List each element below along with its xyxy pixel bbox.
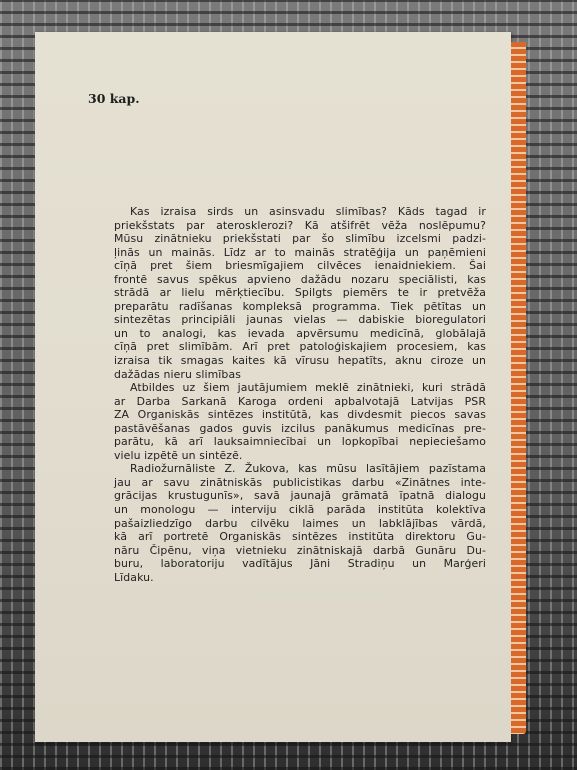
blurb-paragraph-2: Atbildes uz šiem jautājumiem meklē zināt… — [114, 381, 486, 462]
blurb-line: jau ar savu zinātniskās publicistikas da… — [114, 476, 486, 490]
blurb-line: cīņā pret šiem briesmīgajiem cilvēces ie… — [114, 259, 486, 273]
blurb-line: kā arī portretē Organiskās sintēzes inst… — [114, 530, 486, 544]
blurb-line: pastāvēšanas gados guvis izcilus panākum… — [114, 422, 486, 436]
blurb-paragraph-1: Kas izraisa sirds un asinsvadu slimības?… — [114, 205, 486, 381]
blurb-line: Līdaku. — [114, 571, 486, 585]
orange-spine-stripe — [511, 42, 526, 734]
blurb-line: Kas izraisa sirds un asinsvadu slimības?… — [114, 205, 486, 219]
blurb-line: Mūsu zinātnieku priekšstati par šo slimī… — [114, 232, 486, 246]
blurb-line: ļinās un mainās. Līdz ar to mainās strat… — [114, 246, 486, 260]
blurb-line: pašaizliedzīgo darbu cilvēku laimes un l… — [114, 517, 486, 531]
blurb-line: parātu, kā arī lauksaimniecībai un lopko… — [114, 435, 486, 449]
blurb-line: Radiožurnāliste Z. Žukova, kas mūsu lasī… — [114, 462, 486, 476]
blurb-line: sintezētas principiāli jaunas vielas — d… — [114, 313, 486, 327]
blurb-line: un to analogi, kas ievada apvērsumu medi… — [114, 327, 486, 341]
price-label: 30 kap. — [88, 91, 140, 106]
blurb-paragraph-3: Radiožurnāliste Z. Žukova, kas mūsu lasī… — [114, 462, 486, 584]
blurb-text: Kas izraisa sirds un asinsvadu slimības?… — [114, 205, 486, 584]
blurb-line: priekšstats par aterosklerozi? Kā atšifr… — [114, 219, 486, 233]
blurb-line: ZA Organiskās sintēzes institūtā, kas di… — [114, 408, 486, 422]
blurb-line: vielu izpētē un sintēzē. — [114, 449, 486, 463]
blurb-line: dažādas nieru slimības — [114, 368, 486, 382]
blurb-line: izraisa tik smagas kaites kā vīrusu hepa… — [114, 354, 486, 368]
blurb-line: cīņā pret slimībām. Arī pret patoloģiska… — [114, 340, 486, 354]
blurb-line: strādā ar lielu mērķtiecību. Spilgts pie… — [114, 286, 486, 300]
blurb-line: buru, laboratoriju vadītājus Jāni Stradi… — [114, 557, 486, 571]
blurb-line: un monologu — interviju ciklā parāda ins… — [114, 503, 486, 517]
blurb-line: frontē savus spēkus apvieno dažādu nozar… — [114, 273, 486, 287]
blurb-line: Atbildes uz šiem jautājumiem meklē zināt… — [114, 381, 486, 395]
blurb-line: preparātu radīšanas kompleksā programma.… — [114, 300, 486, 314]
blurb-line: ar Darba Sarkanā Karoga ordeni apbalvota… — [114, 395, 486, 409]
blurb-line: nāru Čipēnu, viņa vietnieku zinātniskajā… — [114, 544, 486, 558]
blurb-line: grācijas krustugunīs», savā jaunajā grām… — [114, 489, 486, 503]
